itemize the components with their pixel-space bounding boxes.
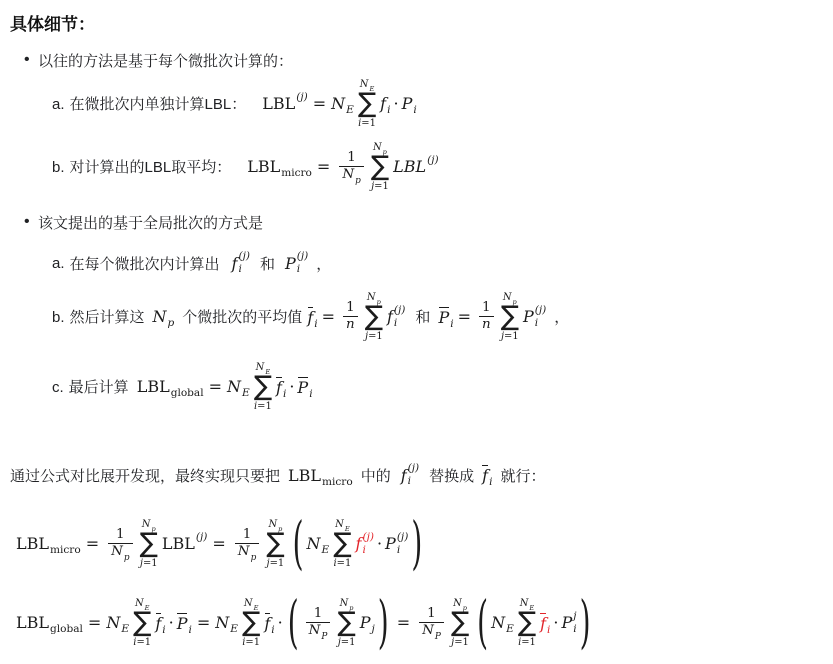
- formula-derivation-micro: LBLmicro=1NpNp∑j=1LBL(j)=1NpNp∑j=1(NENE∑…: [16, 519, 425, 569]
- math-italic: i: [162, 624, 165, 636]
- subscript: i: [547, 624, 550, 636]
- spacer: [280, 475, 288, 476]
- subscript: micro: [50, 544, 81, 556]
- denominator: Np: [235, 543, 259, 561]
- math-roman: LBL: [16, 613, 49, 632]
- scripted-term: f(j)i: [232, 250, 250, 276]
- math-italic: E: [529, 604, 534, 612]
- scripted-term: Np: [153, 307, 175, 326]
- list-item-2b: b. 然后计算这Np个微批次的平均值fi=1nNp∑j=1f(j)i和Pi=1n…: [52, 286, 833, 348]
- subscript: E: [346, 104, 354, 116]
- math-italic: i: [397, 544, 400, 557]
- subscript: global: [171, 387, 204, 399]
- subscript: P: [435, 632, 441, 643]
- scripted-term: LBLglobal: [16, 613, 83, 632]
- list-item-2c: c. 最后计算LBLglobal=NENE∑i=1fi·Pi: [52, 354, 833, 420]
- subscript: p: [151, 526, 155, 534]
- math-row: 1NPNp∑j=1Pj: [302, 598, 375, 648]
- summation: NE∑i=1: [242, 598, 260, 648]
- math-italic: f: [540, 616, 546, 633]
- math-row: 然后计算这Np个微批次的平均值fi=1nNp∑j=1f(j)i和Pi=1nNp∑…: [70, 292, 570, 342]
- subscript: i: [362, 544, 374, 557]
- subscript: i: [489, 476, 492, 488]
- math-italic: i: [387, 104, 390, 116]
- math-row: i=1: [358, 118, 376, 129]
- overline: f: [482, 465, 488, 484]
- math-italic: N: [307, 534, 321, 553]
- lower-limit: j=1: [365, 331, 383, 342]
- numerator: 1: [113, 527, 128, 544]
- math-italic: i: [535, 317, 538, 330]
- subscript: i: [573, 623, 576, 636]
- subscript: p: [168, 317, 175, 329]
- summation: Np∑j=1: [140, 519, 158, 569]
- overline: f: [155, 613, 161, 632]
- sum-icon: ∑: [451, 609, 469, 636]
- scripted-term: NE: [215, 613, 238, 632]
- scripted-term: fi: [264, 613, 274, 632]
- superscript: (j): [362, 531, 374, 544]
- math-italic: N: [342, 167, 354, 184]
- spacer: [410, 622, 415, 623]
- subscript: i: [394, 317, 406, 330]
- overline: P: [438, 307, 449, 326]
- math-italic: i: [547, 624, 550, 636]
- math-italic: N: [227, 377, 241, 396]
- summation: NE∑i=1: [518, 598, 536, 648]
- scripted-term: NE: [307, 534, 330, 553]
- math-italic: i: [408, 475, 411, 488]
- math-row: i=1: [133, 637, 151, 648]
- spacer: [474, 475, 482, 476]
- subscript: E: [242, 387, 250, 399]
- overline: f: [276, 377, 282, 396]
- item-label: a.: [52, 96, 65, 113]
- math-row: i=1: [254, 401, 272, 412]
- math-italic: j: [573, 610, 576, 623]
- denominator: n: [343, 316, 358, 334]
- formula-lbl-micro-average: 对计算出的LBL取平均：LBLmicro=1NpNp∑j=1LBL(j): [70, 142, 439, 192]
- fraction: 1Np: [108, 527, 132, 562]
- list-item-2a: a. 在每个微批次内计算出f(j)i和P(j)i，: [52, 246, 833, 280]
- subscript: p: [251, 553, 257, 564]
- math-italic: p: [349, 604, 353, 612]
- math-row: j=1: [140, 558, 158, 569]
- math-italic: p: [513, 298, 517, 306]
- subscript: i: [238, 263, 250, 276]
- sum-icon: ∑: [501, 303, 519, 330]
- math-roman: =1: [368, 331, 383, 342]
- lower-limit: j=1: [451, 637, 469, 648]
- math-italic: f: [387, 307, 393, 326]
- math-italic: i: [271, 624, 274, 636]
- subscript: micro: [322, 476, 353, 488]
- superscript: (j): [196, 531, 208, 543]
- formula-compute-fi-pi: 在每个微批次内计算出f(j)i和P(j)i，: [70, 250, 332, 276]
- math-roman: =1: [270, 558, 285, 569]
- text-run: 和: [415, 306, 430, 327]
- fraction: 1n: [343, 300, 358, 335]
- formula-microbatch-averages: 然后计算这Np个微批次的平均值fi=1nNp∑j=1f(j)i和Pi=1nNp∑…: [70, 292, 570, 342]
- math-row: 对计算出的LBL取平均：LBLmicro=1NpNp∑j=1LBL(j): [70, 142, 439, 192]
- page-title: 具体细节：: [0, 0, 833, 36]
- math-roman: LBL: [16, 534, 49, 553]
- subscript: p: [383, 149, 387, 157]
- scripted-term: fi: [540, 613, 550, 632]
- sub-sup-stack: (j)i: [297, 250, 309, 276]
- math-row: NENE∑i=1f(j)i·P(j)i: [307, 519, 409, 569]
- lower-limit: j=1: [338, 637, 356, 648]
- math-roman: 1: [347, 150, 356, 167]
- sum-icon: ∑: [365, 303, 383, 330]
- spacer: [546, 316, 554, 317]
- math-italic: E: [265, 368, 270, 376]
- highlight-red: f(j)i: [356, 531, 374, 557]
- scripted-term: P(j)i: [385, 531, 408, 557]
- math-roman: =: [397, 613, 410, 632]
- math-row: 在微批次内单独计算LBL：LBL(j)=NENE∑i=1fi·Pi: [70, 79, 417, 129]
- scripted-term: LBL(j): [262, 94, 308, 113]
- math-italic: P: [385, 534, 396, 553]
- sub-sup-stack: (j)i: [238, 250, 250, 276]
- spacer: [226, 543, 231, 544]
- lower-limit: i=1: [133, 637, 151, 648]
- math-italic: P: [360, 613, 371, 632]
- sub-sup-stack: (j)i: [408, 462, 420, 488]
- scripted-term: Np: [342, 167, 360, 184]
- math-row: 在每个微批次内计算出f(j)i和P(j)i，: [70, 250, 332, 276]
- math-italic: N: [111, 544, 123, 561]
- summation: NE∑i=1: [133, 598, 151, 648]
- superscript: (j): [238, 250, 250, 263]
- right-paren-icon: ): [411, 515, 422, 572]
- fraction: 1n: [479, 300, 494, 335]
- scripted-term: P(j)i: [523, 304, 546, 330]
- math-roman: =1: [257, 401, 272, 412]
- subscript: E: [265, 369, 270, 377]
- sum-icon: ∑: [337, 609, 355, 636]
- paren-group: (NENE∑i=1fi·Pji): [474, 598, 593, 648]
- summation: NE∑i=1: [358, 79, 376, 129]
- scripted-term: NE: [227, 377, 250, 396]
- scripted-term: Pi: [177, 613, 192, 632]
- scripted-term: LBLmicro: [16, 534, 81, 553]
- math-italic: E: [121, 623, 129, 635]
- scripted-term: NE: [106, 613, 129, 632]
- subscript: E: [506, 623, 514, 635]
- math-italic: LBL: [393, 157, 426, 176]
- superscript: (j): [397, 531, 409, 544]
- highlight-red: fi: [540, 613, 550, 632]
- math-roman: global: [171, 387, 204, 399]
- sum-icon: ∑: [140, 530, 158, 557]
- subscript: micro: [281, 167, 312, 179]
- sub-sup-stack: (j)i: [394, 304, 406, 330]
- math-italic: E: [254, 604, 259, 612]
- math-roman: =1: [504, 331, 519, 342]
- item-label: a.: [52, 255, 65, 272]
- math-row: i=1: [242, 637, 260, 648]
- math-roman: =1: [136, 637, 151, 648]
- math-italic: P: [321, 632, 327, 642]
- spacer: [492, 475, 500, 476]
- sub-sup-stack: ji: [573, 610, 576, 636]
- spacer: [246, 103, 262, 104]
- subscript: i: [283, 388, 286, 400]
- math-italic: N: [238, 544, 250, 561]
- math-italic: P: [297, 380, 308, 397]
- scripted-term: Pi: [402, 94, 417, 113]
- math-italic: f: [482, 468, 488, 485]
- denominator: NP: [419, 622, 444, 640]
- subscript: i: [387, 104, 390, 116]
- subscript: p: [513, 299, 517, 307]
- denominator: NP: [306, 622, 331, 640]
- math-italic: f: [307, 310, 313, 327]
- math-italic: (j): [535, 304, 547, 317]
- math-row: j=1: [365, 331, 383, 342]
- numerator: 1: [240, 527, 255, 544]
- scripted-term: fi: [482, 465, 492, 484]
- math-roman: LBL: [288, 466, 321, 485]
- math-italic: p: [124, 553, 130, 563]
- math-roman: micro: [281, 167, 312, 179]
- fraction: 1NP: [419, 606, 444, 641]
- formula-lbl-global: 最后计算LBLglobal=NENE∑i=1fi·Pi: [69, 362, 313, 412]
- subscript: i: [271, 624, 274, 636]
- math-roman: LBL: [137, 377, 170, 396]
- subscript: p: [355, 176, 361, 187]
- scripted-term: NE: [331, 94, 354, 113]
- numerator: 1: [424, 606, 439, 623]
- overline: P: [297, 377, 308, 396]
- list-item-1a: a. 在微批次内单独计算LBL：LBL(j)=NENE∑i=1fi·Pi: [52, 72, 833, 136]
- scripted-term: LBLmicro: [288, 466, 353, 485]
- subscript: i: [535, 317, 547, 330]
- math-roman: =1: [454, 637, 469, 648]
- spacer: [231, 166, 247, 167]
- math-italic: (j): [427, 154, 439, 166]
- math-italic: f: [264, 616, 270, 633]
- summation: Np∑j=1: [266, 519, 284, 569]
- conclusion-paragraph: 通过公式对比展开发现，最终实现只要把LBLmicro中的f(j)i替换成fi就行…: [10, 464, 833, 486]
- superscript: (j): [408, 462, 420, 475]
- subscript: i: [450, 318, 453, 330]
- math-roman: =1: [374, 181, 389, 192]
- sum-icon: ∑: [133, 609, 151, 636]
- numerator: 1: [479, 300, 494, 317]
- math-roman: global: [50, 623, 83, 635]
- subscript: P: [321, 632, 327, 643]
- math-italic: P: [402, 94, 413, 113]
- math-roman: =1: [521, 637, 536, 648]
- math-row: j=1: [338, 637, 356, 648]
- math-italic: (j): [296, 91, 308, 103]
- math-row: j=1: [501, 331, 519, 342]
- item-label: b.: [52, 159, 65, 176]
- math-italic: f: [356, 534, 362, 553]
- scripted-term: Pj: [360, 613, 375, 632]
- math-roman: =: [317, 157, 330, 176]
- lower-limit: i=1: [518, 637, 536, 648]
- spacer: [99, 543, 104, 544]
- subscript: E: [121, 623, 129, 635]
- math-italic: p: [383, 148, 387, 156]
- math-row: 通过公式对比展开发现，最终实现只要把LBLmicro中的f(j)i替换成fi就行…: [10, 462, 545, 488]
- formula-lbl-per-microbatch: 在微批次内单独计算LBL：LBL(j)=NENE∑i=1fi·Pi: [70, 79, 417, 129]
- right-paren-icon: ): [378, 594, 389, 651]
- scripted-term: NE: [491, 613, 514, 632]
- math-italic: E: [322, 544, 330, 556]
- spacer: [353, 475, 361, 476]
- sum-icon: ∑: [371, 153, 389, 180]
- subscript: global: [50, 623, 83, 635]
- math-italic: j: [371, 623, 374, 635]
- math-roman: =: [322, 307, 335, 326]
- subscript: E: [254, 605, 259, 613]
- math-italic: f: [401, 466, 407, 485]
- scripted-term: LBL(j): [393, 157, 439, 176]
- scripted-term: f(j)i: [401, 462, 419, 488]
- left-paren-icon: (: [477, 594, 488, 651]
- math-italic: (j): [408, 462, 420, 475]
- math-roman: 1: [482, 300, 491, 317]
- bullet-icon: •: [24, 52, 38, 68]
- numerator: 1: [344, 150, 359, 167]
- text-run: ，: [554, 306, 569, 327]
- math-italic: p: [151, 525, 155, 533]
- math-italic: E: [242, 387, 250, 399]
- spacer: [330, 166, 335, 167]
- math-italic: p: [278, 525, 282, 533]
- summation: Np∑j=1: [371, 142, 389, 192]
- scripted-term: LBLmicro: [247, 157, 312, 176]
- bullet-icon: •: [24, 214, 38, 230]
- math-row: j=1: [451, 637, 469, 648]
- text-run: ，: [316, 253, 331, 274]
- math-roman: =1: [337, 558, 352, 569]
- scripted-term: LBLglobal: [137, 377, 204, 396]
- math-row: i=1: [333, 558, 351, 569]
- lower-limit: j=1: [140, 558, 158, 569]
- text-run: 对计算出的LBL取平均：: [70, 156, 232, 177]
- subscript: i: [162, 624, 165, 636]
- math-italic: i: [314, 318, 317, 330]
- bullet-text: 该文提出的基于全局批次的方式是: [38, 212, 263, 233]
- spacer: [308, 263, 316, 264]
- summation: Np∑j=1: [365, 292, 383, 342]
- math-italic: E: [145, 604, 150, 612]
- math-italic: (j): [397, 531, 409, 544]
- subscript: i: [314, 318, 317, 330]
- math-italic: P: [438, 310, 449, 327]
- sum-icon: ∑: [266, 530, 284, 557]
- subscript: E: [529, 605, 534, 613]
- overline: f: [264, 613, 270, 632]
- spacer: [220, 263, 232, 264]
- math-italic: p: [377, 298, 381, 306]
- math-roman: micro: [322, 476, 353, 488]
- summation: NE∑i=1: [333, 519, 351, 569]
- subscript: i: [408, 475, 420, 488]
- math-italic: E: [230, 623, 238, 635]
- sum-icon: ∑: [518, 609, 536, 636]
- math-roman: 1: [427, 606, 436, 623]
- summation: Np∑j=1: [501, 292, 519, 342]
- subscript: p: [349, 605, 353, 613]
- math-italic: i: [573, 623, 576, 636]
- spacer: [419, 475, 429, 476]
- math-italic: N: [309, 623, 321, 640]
- text-run: 然后计算这: [70, 306, 145, 327]
- sum-icon: ∑: [242, 609, 260, 636]
- scripted-term: NP: [309, 623, 328, 640]
- math-roman: LBL: [262, 94, 295, 113]
- subscript: E: [322, 544, 330, 556]
- spacer: [129, 386, 137, 387]
- superscript: j: [573, 610, 576, 623]
- subscript: p: [463, 605, 467, 613]
- math-italic: n: [346, 317, 355, 334]
- overline: P: [177, 613, 188, 632]
- math-italic: N: [153, 307, 167, 326]
- derivation-lbl-global: LBLglobal=NENE∑i=1fi·Pi=NENE∑i=1fi·(1NPN…: [16, 584, 833, 662]
- bullet-item-global-method: • 该文提出的基于全局批次的方式是: [24, 212, 833, 232]
- lower-limit: i=1: [254, 401, 272, 412]
- lower-limit: i=1: [358, 118, 376, 129]
- denominator: n: [479, 316, 494, 334]
- math-italic: N: [106, 613, 120, 632]
- math-roman: =: [212, 534, 225, 553]
- math-roman: =: [209, 377, 222, 396]
- math-roman: =: [313, 94, 326, 113]
- text-run: 中的: [361, 465, 391, 486]
- scripted-term: fi: [155, 613, 165, 632]
- math-italic: (j): [362, 531, 374, 544]
- derivation-lbl-micro: LBLmicro=1NpNp∑j=1LBL(j)=1NpNp∑j=1(NENE∑…: [16, 504, 833, 584]
- math-italic: f: [232, 254, 238, 273]
- fraction: 1NP: [306, 606, 331, 641]
- math-italic: i: [362, 544, 365, 557]
- math-italic: N: [491, 613, 505, 632]
- sum-icon: ∑: [358, 90, 376, 117]
- spacer: [471, 316, 475, 317]
- scripted-term: Pi: [297, 377, 312, 396]
- math-italic: i: [489, 476, 492, 488]
- math-italic: E: [369, 85, 374, 93]
- math-roman: =1: [341, 637, 356, 648]
- subscript: E: [145, 605, 150, 613]
- lower-limit: j=1: [267, 558, 285, 569]
- math-roman: 1: [346, 300, 355, 317]
- fraction: 1Np: [339, 150, 363, 185]
- sub-sup-stack: (j)i: [362, 531, 374, 557]
- text-run: 和: [260, 253, 275, 274]
- math-italic: i: [283, 388, 286, 400]
- math-italic: P: [562, 613, 573, 632]
- math-roman: micro: [50, 544, 81, 556]
- math-italic: i: [238, 263, 241, 276]
- math-row: LBLglobal=NENE∑i=1fi·Pi=NENE∑i=1fi·(1NPN…: [16, 598, 594, 648]
- formula-derivation-global: LBLglobal=NENE∑i=1fi·Pi=NENE∑i=1fi·(1NPN…: [16, 598, 594, 648]
- math-roman: 1: [116, 527, 125, 544]
- math-italic: i: [297, 263, 300, 276]
- left-paren-icon: (: [293, 515, 304, 572]
- math-italic: i: [450, 318, 453, 330]
- math-italic: N: [215, 613, 229, 632]
- text-run: 最后计算: [69, 376, 129, 397]
- paren-group: (NENE∑i=1f(j)i·P(j)i): [290, 519, 426, 569]
